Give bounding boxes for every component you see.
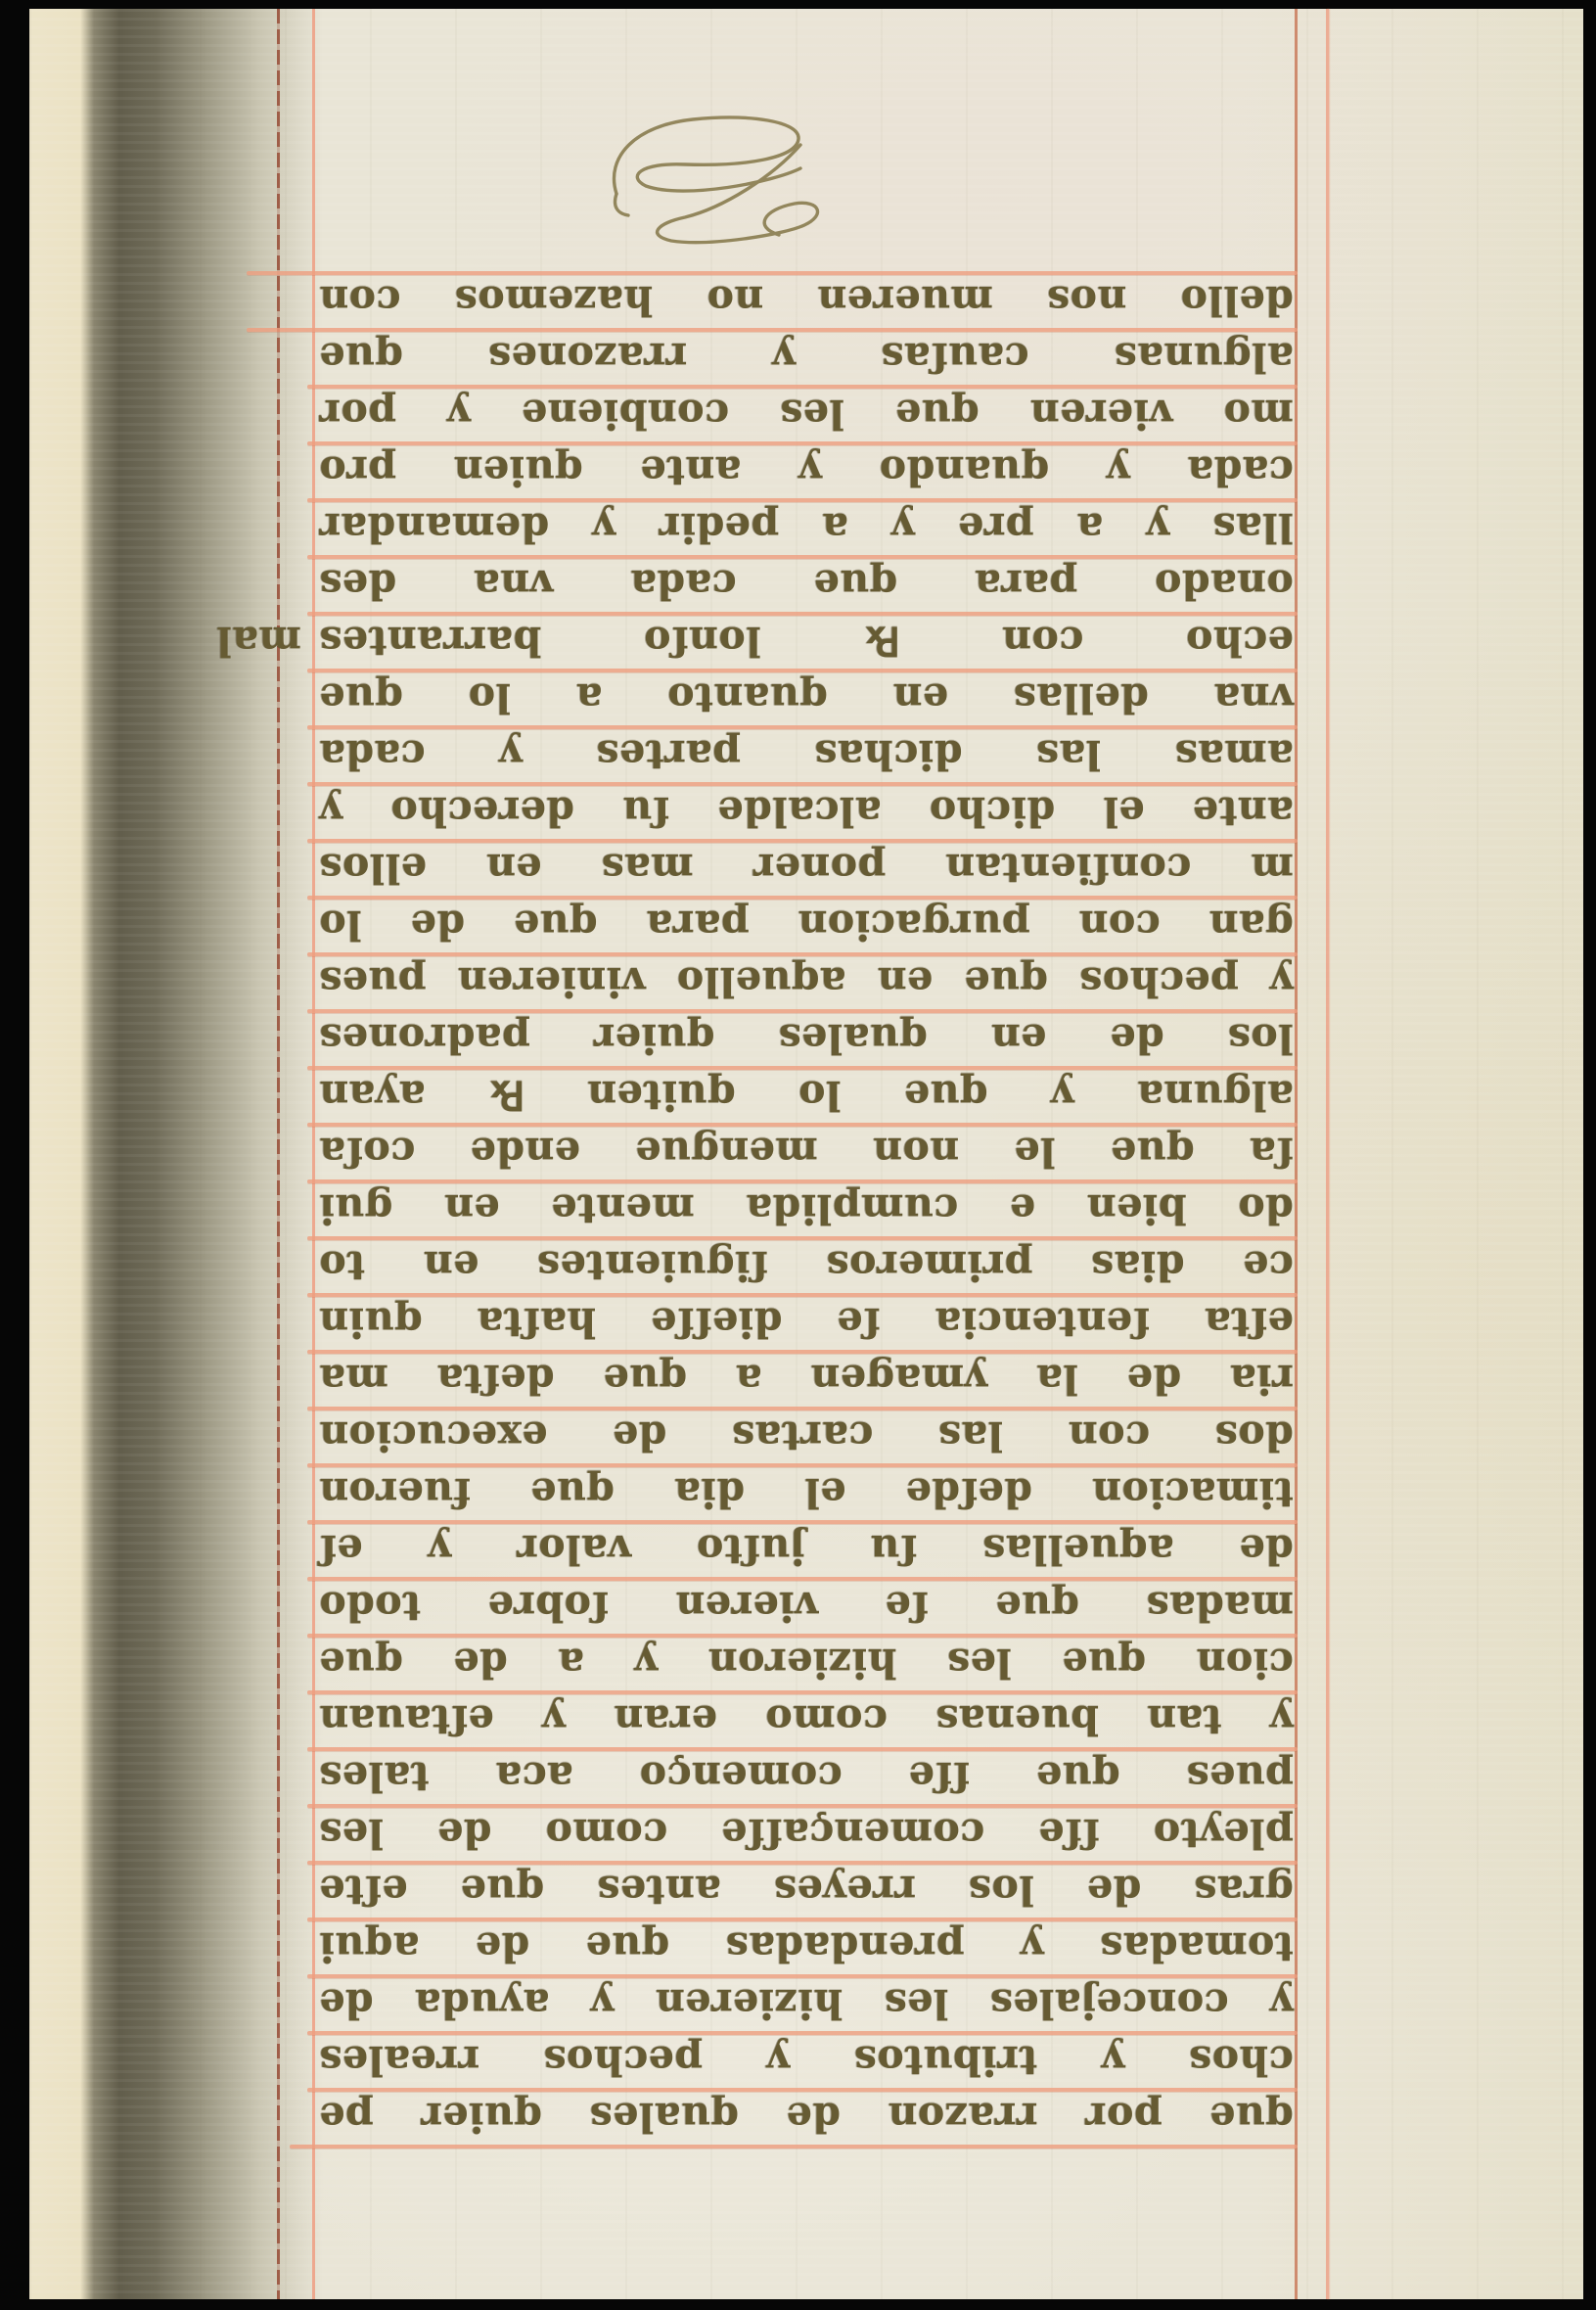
manuscript-line: cion que les hizieron y a de que bbox=[319, 1634, 1294, 1690]
manuscript-line: vna dellas en quanto a lo que bbox=[319, 669, 1294, 725]
manuscript-line: timacion deſde el dia que fueron bbox=[319, 1463, 1294, 1520]
margin-word: mal bbox=[216, 613, 301, 669]
pen-flourish bbox=[593, 96, 838, 262]
manuscript-line: amas las dichas partes y cada bbox=[319, 725, 1294, 782]
manuscript-line: do bien e cumplida mente en gui bbox=[319, 1179, 1294, 1236]
manuscript-line: algunas cauſas y rrazones que bbox=[319, 328, 1294, 385]
manuscript-line: ria de la ymagen a que deſta ma bbox=[319, 1350, 1294, 1407]
manuscript-line: llas y a pre y a pedir y demandar bbox=[319, 498, 1294, 555]
manuscript-line: echo con ℞ lonſo barrantesmal bbox=[319, 612, 1294, 669]
manuscript-line: madas que ſe vieren ſobre todo bbox=[319, 1577, 1294, 1634]
manuscript-line: y concejales les hizieren y ayuda de bbox=[319, 1974, 1294, 2031]
manuscript-line: dello nos mueren no hazemos con bbox=[319, 271, 1294, 328]
manuscript-line: m conſientan poner mas en ellos bbox=[319, 839, 1294, 896]
manuscript-line: y pechos que en aquello vinieren pues bbox=[319, 952, 1294, 1009]
manuscript-line: ſa que le non mengue ende coſa bbox=[319, 1123, 1294, 1179]
manuscript-line: mo vieren que les conbiene y por bbox=[319, 385, 1294, 441]
manuscript-line: tomadas y prendadas que de aqui bbox=[319, 1917, 1294, 1974]
manuscript-line: eſta ſentencia ſe dieſſe haſta quin bbox=[319, 1293, 1294, 1350]
right-margin-rule-outer bbox=[1326, 9, 1329, 2299]
manuscript-line: gras de los rreyes antes que eſte bbox=[319, 1861, 1294, 1917]
manuscript-line: pleyto ſſe començaſſe como de les bbox=[319, 1804, 1294, 1861]
manuscript-line: ce dias primeros ſiguientes en to bbox=[319, 1236, 1294, 1293]
manuscript-line: pues que ſſe començo aca tales bbox=[319, 1747, 1294, 1804]
manuscript-line: de aquellas ſu juſto valor y eſ bbox=[319, 1520, 1294, 1577]
manuscript-line: chos y tributos y pechos rreales bbox=[319, 2031, 1294, 2088]
manuscript-line: alguna y que lo quiten ℞ ayan bbox=[319, 1066, 1294, 1123]
manuscript-line: onado para que cada vna des bbox=[319, 555, 1294, 612]
manuscript-line: y tan buenas como eran y eſtauan bbox=[319, 1690, 1294, 1747]
manuscript-line: cada y quando y ante quien pro bbox=[319, 441, 1294, 498]
manuscript-line: dos con las cartas de execucion bbox=[319, 1407, 1294, 1463]
right-margin-rule-inner bbox=[1295, 9, 1298, 2299]
manuscript-line: gan con purgacion para que de lo bbox=[319, 896, 1294, 952]
manuscript-line: ante el dicho alcalde ſu derecho y bbox=[319, 782, 1294, 839]
left-margin-rule-inner bbox=[312, 9, 315, 2299]
manuscript-photo: que por rrazon de quales quier pechos y … bbox=[0, 0, 1596, 2310]
ruled-line bbox=[290, 2145, 1298, 2148]
manuscript-text-block: que por rrazon de quales quier pechos y … bbox=[319, 271, 1294, 2145]
left-margin-rule-outer bbox=[277, 9, 280, 2299]
manuscript-line: los de en quales quier padrones bbox=[319, 1009, 1294, 1066]
manuscript-line: que por rrazon de quales quier pe bbox=[319, 2088, 1294, 2145]
